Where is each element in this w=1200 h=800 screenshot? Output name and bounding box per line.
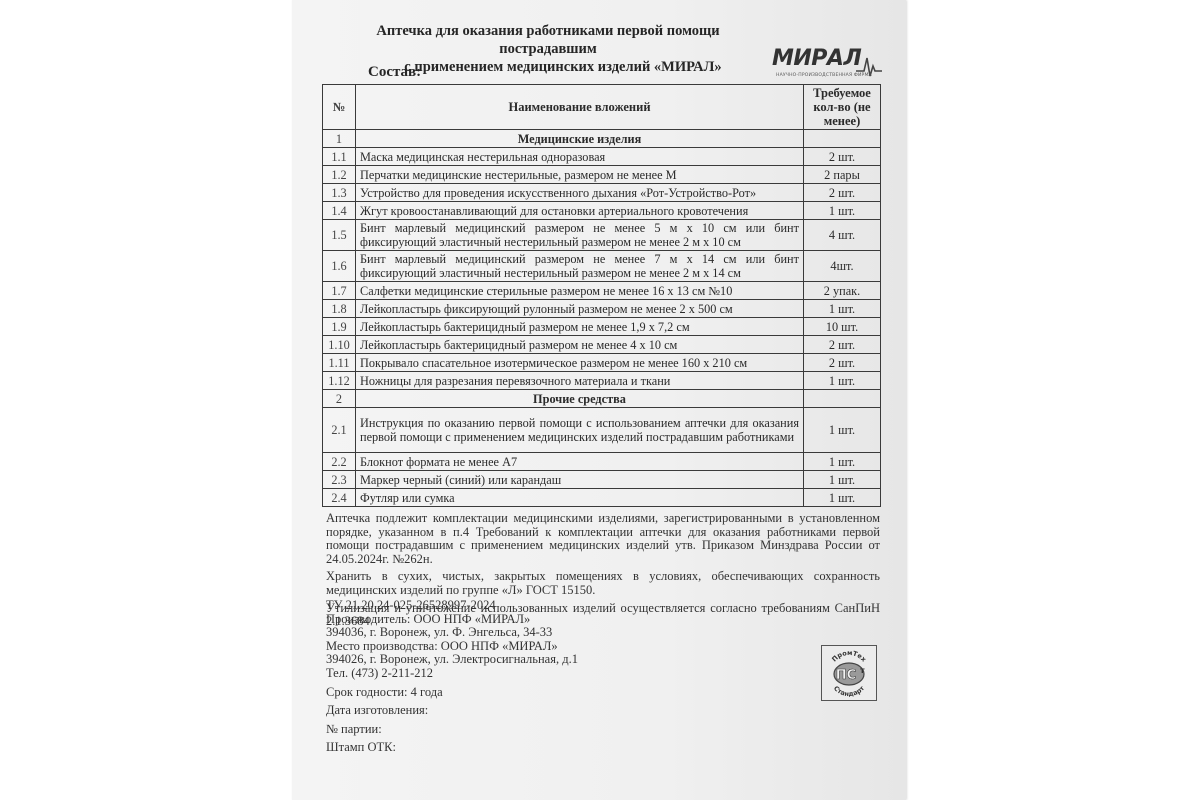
table-row: 1.6Бинт марлевый медицинский размером не… <box>323 251 881 282</box>
item-name: Маркер черный (синий) или карандаш <box>356 471 804 489</box>
section-title: Медицинские изделия <box>356 130 804 148</box>
manufacturer-info: ТУ 21.20.24-025-26528997-2024 Производит… <box>326 599 578 755</box>
table-row: 1.9Лейкопластырь бактерицидный размером … <box>323 318 881 336</box>
item-name: Бинт марлевый медицинский размером не ме… <box>356 251 804 282</box>
svg-text:т: т <box>860 666 865 675</box>
logo-wordmark: МИРАЛ <box>772 46 861 71</box>
item-name: Лейкопластырь бактерицидный размером не … <box>356 318 804 336</box>
svg-text:Стандарт: Стандарт <box>832 684 866 698</box>
table-row: 1.8Лейкопластырь фиксирующий рулонный ра… <box>323 300 881 318</box>
item-qty: 2 шт. <box>804 336 881 354</box>
item-qty: 1 шт. <box>804 202 881 220</box>
section-title: Прочие средства <box>356 390 804 408</box>
table-row: 1.4Жгут кровоостанавливающий для останов… <box>323 202 881 220</box>
item-name: Маска медицинская нестерильная одноразов… <box>356 148 804 166</box>
item-num: 1.2 <box>323 166 356 184</box>
item-num: 2.3 <box>323 471 356 489</box>
table-row: 1.1Маска медицинская нестерильная однора… <box>323 148 881 166</box>
item-num: 2.2 <box>323 453 356 471</box>
item-num: 1.7 <box>323 282 356 300</box>
item-qty: 1 шт. <box>804 408 881 453</box>
title-line-1: Аптечка для оказания работниками первой … <box>328 22 768 58</box>
promtech-standard-icon: ПромТех ПС т Стандарт <box>822 646 876 700</box>
item-num: 1.1 <box>323 148 356 166</box>
section-qty <box>804 130 881 148</box>
composition-label: Состав: <box>368 64 421 81</box>
item-name: Лейкопластырь бактерицидный размером не … <box>356 336 804 354</box>
qc-stamp: Штамп ОТК: <box>326 741 578 755</box>
header-num: № <box>323 85 356 130</box>
section-qty <box>804 390 881 408</box>
item-num: 1.11 <box>323 354 356 372</box>
manufacturer: Производитель: ООО НПФ «МИРАЛ» <box>326 613 578 627</box>
header-qty: Требуемое кол-во (не менее) <box>804 85 881 130</box>
item-qty: 2 шт. <box>804 354 881 372</box>
logo-tagline: НАУЧНО-ПРОИЗВОДСТВЕННАЯ ФИРМА <box>776 73 872 78</box>
item-name: Инструкция по оказанию первой помощи с и… <box>356 408 804 453</box>
table-row: 1.10Лейкопластырь бактерицидный размером… <box>323 336 881 354</box>
item-qty: 1 шт. <box>804 453 881 471</box>
section-num: 2 <box>323 390 356 408</box>
item-qty: 1 шт. <box>804 300 881 318</box>
item-num: 1.9 <box>323 318 356 336</box>
item-num: 1.10 <box>323 336 356 354</box>
manufacturer-address: 394036, г. Воронеж, ул. Ф. Энгельса, 34-… <box>326 626 578 640</box>
item-num: 2.4 <box>323 489 356 507</box>
item-name: Салфетки медицинские стерильные размером… <box>356 282 804 300</box>
certification-mark: ПромТех ПС т Стандарт <box>821 645 877 701</box>
svg-text:ПромТех: ПромТех <box>830 649 868 664</box>
table-row: 1.11Покрывало спасательное изотермическо… <box>323 354 881 372</box>
table-row: 2.3Маркер черный (синий) или карандаш1 ш… <box>323 471 881 489</box>
phone: Тел. (473) 2-211-212 <box>326 667 578 681</box>
table-row: 2.2Блокнот формата не менее А71 шт. <box>323 453 881 471</box>
item-name: Лейкопластырь фиксирующий рулонный разме… <box>356 300 804 318</box>
table-row: 1.5Бинт марлевый медицинский размером не… <box>323 220 881 251</box>
item-name: Перчатки медицинские нестерильные, разме… <box>356 166 804 184</box>
item-num: 1.6 <box>323 251 356 282</box>
item-qty: 2 пары <box>804 166 881 184</box>
item-qty: 1 шт. <box>804 372 881 390</box>
item-qty: 4 шт. <box>804 220 881 251</box>
header-name: Наименование вложений <box>356 85 804 130</box>
item-num: 2.1 <box>323 408 356 453</box>
item-name: Блокнот формата не менее А7 <box>356 453 804 471</box>
tu-code: ТУ 21.20.24-025-26528997-2024 <box>326 599 578 613</box>
production-site: Место производства: ООО НПФ «МИРАЛ» <box>326 640 578 654</box>
item-qty: 1 шт. <box>804 489 881 507</box>
miral-logo: МИРАЛ НАУЧНО-ПРОИЗВОДСТВЕННАЯ ФИРМА <box>770 46 882 82</box>
item-num: 1.4 <box>323 202 356 220</box>
item-qty: 2 упак. <box>804 282 881 300</box>
batch-number: № партии: <box>326 723 578 737</box>
item-name: Устройство для проведения искусственного… <box>356 184 804 202</box>
section-num: 1 <box>323 130 356 148</box>
item-num: 1.3 <box>323 184 356 202</box>
table-row: 1.3Устройство для проведения искусственн… <box>323 184 881 202</box>
item-name: Жгут кровоостанавливающий для остановки … <box>356 202 804 220</box>
section-row: 2Прочие средства <box>323 390 881 408</box>
item-name: Футляр или сумка <box>356 489 804 507</box>
item-qty: 2 шт. <box>804 184 881 202</box>
table-row: 1.2Перчатки медицинские нестерильные, ра… <box>323 166 881 184</box>
storage-note: Хранить в сухих, чистых, закрытых помеще… <box>326 570 880 597</box>
item-qty: 2 шт. <box>804 148 881 166</box>
item-num: 1.8 <box>323 300 356 318</box>
table-row: 1.7Салфетки медицинские стерильные разме… <box>323 282 881 300</box>
item-name: Бинт марлевый медицинский размером не ме… <box>356 220 804 251</box>
manufacture-date: Дата изготовления: <box>326 704 578 718</box>
table-row: 1.12Ножницы для разрезания перевязочного… <box>323 372 881 390</box>
item-name: Покрывало спасательное изотермическое ра… <box>356 354 804 372</box>
item-name: Ножницы для разрезания перевязочного мат… <box>356 372 804 390</box>
table-row: 2.4Футляр или сумка1 шт. <box>323 489 881 507</box>
svg-text:ПС: ПС <box>836 668 856 683</box>
item-qty: 10 шт. <box>804 318 881 336</box>
shelf-life: Срок годности: 4 года <box>326 686 578 700</box>
table-header-row: № Наименование вложений Требуемое кол-во… <box>323 85 881 130</box>
table-body: 1Медицинские изделия1.1Маска медицинская… <box>323 130 881 507</box>
kit-contents-table: № Наименование вложений Требуемое кол-во… <box>322 84 881 507</box>
item-qty: 1 шт. <box>804 471 881 489</box>
item-num: 1.5 <box>323 220 356 251</box>
item-num: 1.12 <box>323 372 356 390</box>
item-qty: 4шт. <box>804 251 881 282</box>
table-row: 2.1Инструкция по оказанию первой помощи … <box>323 408 881 453</box>
section-row: 1Медицинские изделия <box>323 130 881 148</box>
completeness-note: Аптечка подлежит комплектации медицински… <box>326 512 880 566</box>
production-address: 394026, г. Воронеж, ул. Электросигнальна… <box>326 653 578 667</box>
